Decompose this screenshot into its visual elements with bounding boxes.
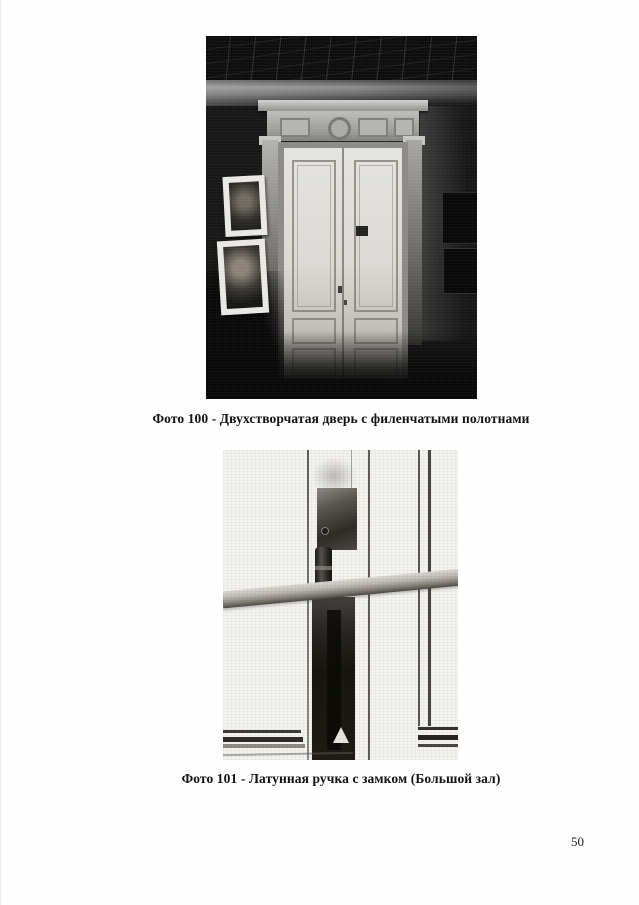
figure-caption-100: Фото 100 - Двухстворчатая дверь с филенч…: [81, 411, 601, 427]
page-number: 50: [571, 834, 601, 850]
document-page: Фото 100 - Двухстворчатая дверь с филенч…: [0, 0, 639, 905]
photo-grain-overlay: [206, 36, 477, 399]
figure-caption-101: Фото 101 - Латунная ручка с замком (Боль…: [81, 771, 601, 787]
figure-photo-100: [206, 36, 477, 399]
photo-grain-overlay: [223, 450, 458, 760]
figure-photo-101: [223, 450, 458, 760]
